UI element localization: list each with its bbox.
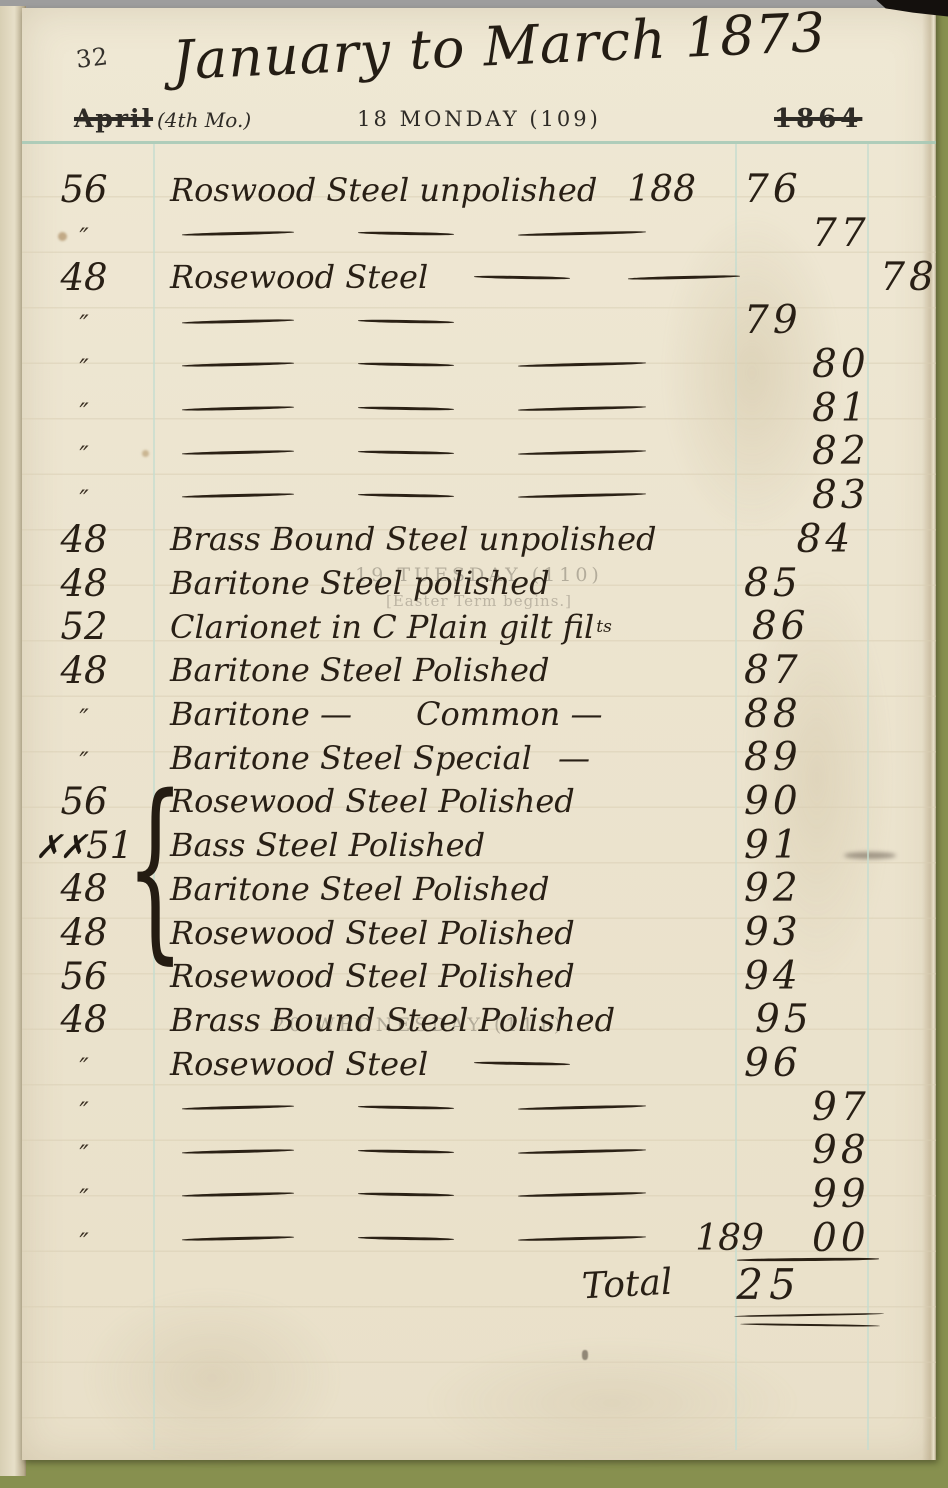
- quantity-cell: ″: [30, 299, 138, 342]
- serial-cell: 85: [718, 561, 890, 606]
- ditto-dashes: [138, 1106, 672, 1109]
- quantity-cell: 56: [30, 780, 138, 823]
- total-double-underline: [734, 1314, 884, 1330]
- ledger-row: 52Clarionet in C Plain gilt filts86: [30, 605, 890, 649]
- quantity-cell: ″: [30, 387, 138, 430]
- description-cell: Baritone Steel Polished: [138, 870, 604, 908]
- description-cell: Rosewood Steel Polished: [138, 914, 604, 952]
- ledger-row: ″79: [30, 299, 890, 343]
- scanned-ledger-page: 32 January to March 1873 April (4th Mo.)…: [0, 0, 948, 1488]
- quantity-cell: ✗✗51: [30, 824, 138, 867]
- serial-cell: 87: [718, 648, 890, 693]
- total-label: Total: [581, 1262, 673, 1308]
- serial-cell: 90: [718, 779, 890, 824]
- ditto-dashes: [138, 1237, 672, 1240]
- quantity-cell: 52: [30, 605, 138, 648]
- serial-cell: 96: [718, 1041, 890, 1086]
- serial-cell: 84: [771, 517, 943, 562]
- ledger-row: ″18900: [30, 1217, 890, 1261]
- header-rule: [22, 141, 936, 144]
- quantity-cell: 48: [30, 867, 138, 910]
- ledger-row: 48Baritone Steel Polished87: [30, 649, 890, 693]
- ledger-row: ″99: [30, 1173, 890, 1217]
- description-cell: Bass Steel Polished: [138, 826, 604, 864]
- serial-cell: 94: [718, 954, 890, 999]
- quantity-cell: 48: [30, 998, 138, 1041]
- serial-cell: 93: [718, 910, 890, 955]
- grouping-brace: {: [126, 770, 184, 965]
- serial-cell: 86: [726, 604, 898, 649]
- printed-diary-header: April (4th Mo.) 18 MONDAY (109) 1864: [22, 104, 936, 138]
- ledger-row: 56Roswood Steel unpolished18876: [30, 168, 890, 212]
- description-cell: Rosewood Steel: [138, 258, 740, 296]
- quantity-cell: ″: [30, 212, 138, 255]
- quantity-cell: ″: [30, 1129, 138, 1172]
- serial-cell: 91: [718, 823, 890, 868]
- ledger-row: ″98: [30, 1129, 890, 1173]
- ink-spot: [582, 1350, 588, 1360]
- quantity-cell: ″: [30, 736, 138, 779]
- quantity-cell: 48: [30, 518, 138, 561]
- description-cell: Baritone — Common —: [138, 695, 604, 733]
- serial-prefix-cell: 188: [604, 169, 718, 210]
- ledger-row: ″77: [30, 212, 890, 256]
- ditto-dashes: [138, 407, 672, 410]
- ledger-row: ″83: [30, 474, 890, 518]
- description-cell: Baritone Steel Polished: [138, 651, 604, 689]
- serial-cell: 89: [718, 735, 890, 780]
- ledger-row: ″Baritone — Common —88: [30, 692, 890, 736]
- quantity-cell: ″: [30, 430, 138, 473]
- ledger-row: ″97: [30, 1085, 890, 1129]
- bleedthrough-smudge: [82, 1288, 342, 1468]
- ledger-row: ″82: [30, 430, 890, 474]
- ditto-dashes: [138, 1193, 672, 1196]
- ledger-row: ″81: [30, 386, 890, 430]
- description-cell: Brass Bound Steel Polished: [138, 1001, 615, 1039]
- ledger-row: ″80: [30, 343, 890, 387]
- ditto-dashes: [138, 1150, 672, 1153]
- description-cell: Rosewood Steel Polished: [138, 782, 604, 820]
- serial-prefix-cell: 189: [672, 1218, 786, 1259]
- quantity-cell: ″: [30, 1042, 138, 1085]
- quantity-cell: 48: [30, 562, 138, 605]
- ledger-row: 48Brass Bound Steel Polished95: [30, 998, 890, 1042]
- serial-cell: 88: [718, 692, 890, 737]
- ditto-dashes: [138, 232, 672, 235]
- description-cell: Baritone Steel Special —: [138, 739, 604, 777]
- ditto-dashes: [138, 320, 604, 323]
- quantity-cell: 48: [30, 911, 138, 954]
- quantity-cell: ″: [30, 343, 138, 386]
- serial-cell: 78: [854, 255, 948, 300]
- bleedthrough-smudge: [422, 1338, 802, 1468]
- serial-cell: 83: [786, 473, 948, 518]
- quantity-cell: 56: [30, 955, 138, 998]
- serial-cell: 00: [786, 1216, 948, 1261]
- quantity-cell: ″: [30, 1173, 138, 1216]
- serial-cell: 95: [729, 997, 901, 1042]
- quantity-cell: 48: [30, 649, 138, 692]
- serial-cell: 98: [786, 1128, 948, 1173]
- serial-cell: 97: [786, 1085, 948, 1130]
- ledger-row: 48Baritone Steel polished85: [30, 561, 890, 605]
- serial-cell: 77: [786, 211, 948, 256]
- page-number: 32: [74, 42, 110, 74]
- description-cell: Rosewood Steel Polished: [138, 957, 604, 995]
- ledger-row: 48Brass Bound Steel unpolished84: [30, 518, 890, 562]
- serial-cell: 79: [718, 298, 890, 343]
- serial-cell: 76: [718, 167, 890, 212]
- diary-page: 32 January to March 1873 April (4th Mo.)…: [22, 8, 936, 1460]
- ditto-dashes: [138, 363, 672, 366]
- quantity-cell: ″: [30, 474, 138, 517]
- quantity-cell: 48: [30, 256, 138, 299]
- description-cell: Clarionet in C Plain gilt filts: [138, 608, 612, 646]
- ditto-dashes: [138, 451, 672, 454]
- total-value: 25: [736, 1260, 801, 1309]
- total-row: Total 25: [582, 1260, 802, 1309]
- serial-cell: 82: [786, 429, 948, 474]
- description-cell: Roswood Steel unpolished: [138, 171, 604, 209]
- serial-cell: 92: [718, 866, 890, 911]
- quantity-cell: ″: [30, 1217, 138, 1260]
- ledger-row: 48Rosewood Steel78: [30, 255, 890, 299]
- serial-cell: 81: [786, 386, 948, 431]
- printed-year-strikethrough: 1864: [774, 104, 862, 134]
- serial-cell: 99: [786, 1172, 948, 1217]
- ledger-row: ″Rosewood Steel96: [30, 1042, 890, 1086]
- ditto-dashes: [138, 494, 672, 497]
- description-cell: Baritone Steel polished: [138, 564, 604, 602]
- quantity-cell: ″: [30, 1086, 138, 1129]
- description-cell: Brass Bound Steel unpolished: [138, 520, 657, 558]
- quantity-cell: 56: [30, 168, 138, 211]
- serial-cell: 80: [786, 342, 948, 387]
- handwritten-title: January to March 1873: [171, 3, 773, 92]
- quantity-cell: ″: [30, 693, 138, 736]
- description-cell: Rosewood Steel: [138, 1045, 604, 1083]
- ledger-rows: 56Roswood Steel unpolished18876″7748Rose…: [30, 168, 890, 1260]
